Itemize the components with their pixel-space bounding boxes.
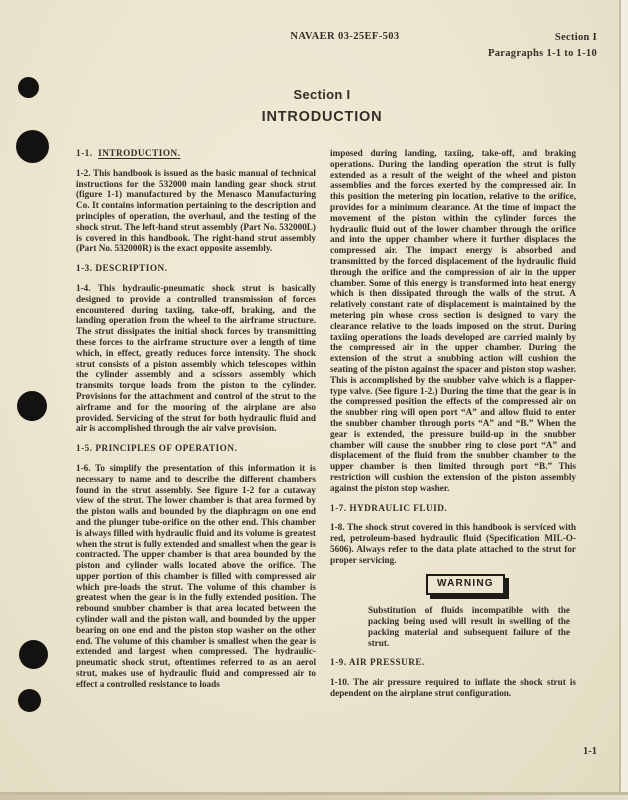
header-paragraphs-range: Paragraphs 1-1 to 1-10 xyxy=(488,46,597,62)
heading-1-3: 1-3. DESCRIPTION. xyxy=(76,263,316,274)
heading-1-1-label: INTRODUCTION. xyxy=(98,148,180,158)
page-bottom-margin xyxy=(0,795,628,800)
warning-box: WARNING xyxy=(426,574,576,595)
paragraph-1-2: 1-2. This handbook is issued as the basi… xyxy=(76,168,316,254)
section-title-block: Section I INTRODUCTION xyxy=(72,87,572,125)
header-section-label: Section I xyxy=(488,30,597,46)
heading-1-7: 1-7. HYDRAULIC FLUID. xyxy=(330,503,576,514)
heading-1-1: 1-1. INTRODUCTION. xyxy=(76,148,316,159)
heading-1-5: 1-5. PRINCIPLES OF OPERATION. xyxy=(76,443,316,454)
paragraph-1-6: 1-6. To simplify the presentation of thi… xyxy=(76,463,316,690)
document-number: NAVAER 03-25EF-503 xyxy=(245,31,445,42)
hole-punch-icon xyxy=(17,391,47,421)
warning-text: Substitution of fluids incompatible with… xyxy=(368,605,570,648)
left-column: 1-1. INTRODUCTION. 1-2. This handbook is… xyxy=(76,148,316,699)
hole-punch-icon xyxy=(19,640,48,669)
hole-punch-icon xyxy=(18,689,41,712)
heading-1-9: 1-9. AIR PRESSURE. xyxy=(330,657,576,668)
header-right-block: Section I Paragraphs 1-1 to 1-10 xyxy=(488,30,597,62)
warning-label: WARNING xyxy=(426,574,505,595)
paragraph-1-8: 1-8. The shock strut covered in this han… xyxy=(330,522,576,565)
hole-punch-icon xyxy=(18,77,39,98)
heading-1-1-number: 1-1. xyxy=(76,148,93,158)
paragraph-1-10: 1-10. The air pressure required to infla… xyxy=(330,677,576,699)
paragraph-1-6-continued: imposed during landing, taxiing, take-of… xyxy=(330,148,576,494)
page-right-margin xyxy=(621,0,628,794)
section-title: Section I xyxy=(72,87,572,102)
section-name: INTRODUCTION xyxy=(72,109,572,125)
page-number: 1-1 xyxy=(583,746,597,757)
hole-punch-icon xyxy=(16,130,49,163)
right-column: imposed during landing, taxiing, take-of… xyxy=(330,148,576,708)
paragraph-1-4: 1-4. This hydraulic-pneumatic shock stru… xyxy=(76,283,316,434)
